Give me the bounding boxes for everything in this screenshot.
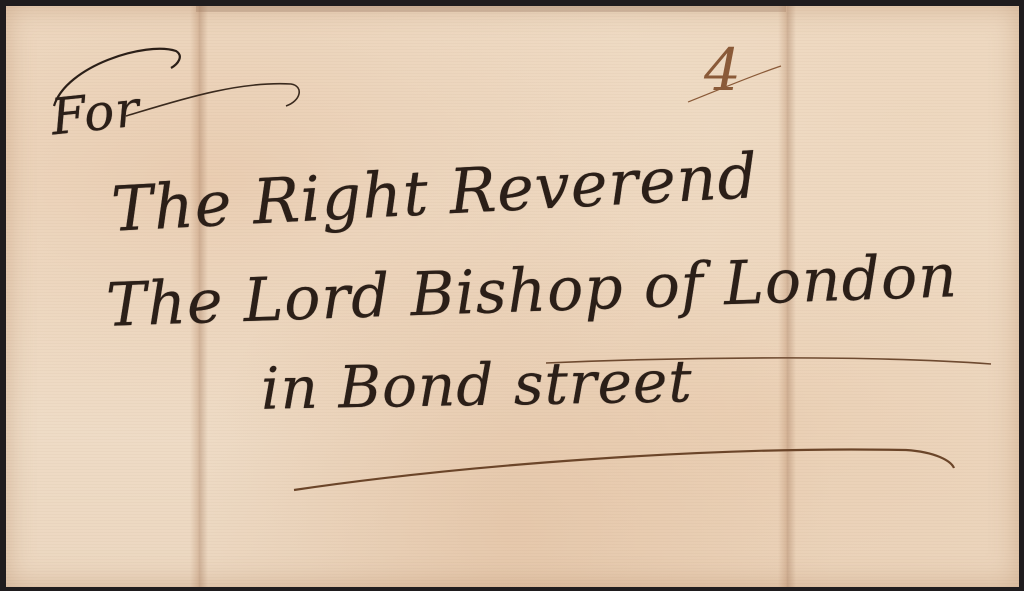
address-prefix: For xyxy=(48,80,143,147)
postal-rate-mark: 4 xyxy=(704,36,741,104)
address-line-3: in Bond street xyxy=(260,347,693,423)
letter-cover: For The Right Reverend The Lord Bishop o… xyxy=(6,6,1019,587)
